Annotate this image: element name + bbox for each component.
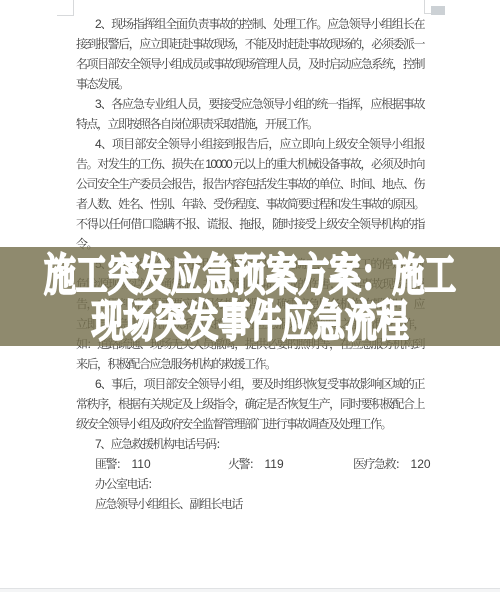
- fire-phone-label: 火警：: [228, 457, 260, 471]
- paragraph-7-heading: 7、应急救援机构电话号码：: [76, 434, 424, 454]
- banner-title-line-2: 现场突发事件应急流程: [92, 299, 409, 345]
- page-corner-mark-top-left: [73, 0, 74, 15]
- fire-phone: 火警：119: [228, 454, 284, 474]
- medical-phone-label: 医疗急救：: [353, 457, 406, 471]
- page-corner-mark-top-left: [57, 15, 74, 16]
- police-phone-label: 匪警：: [95, 457, 127, 471]
- police-phone: 匪警：110: [95, 454, 151, 474]
- page-bottom-edge: [0, 588, 500, 592]
- medical-phone-number: 120: [411, 457, 431, 471]
- paragraph-3: 3、各应急专业组人员，要接受应急领导小组的统一指挥，应根据事故特点，立即按照各自…: [76, 94, 424, 134]
- medical-phone: 医疗急救：120: [353, 454, 431, 474]
- emergency-phone-row: 匪警：110 火警：119 医疗急救：120: [76, 454, 424, 474]
- police-phone-number: 110: [132, 457, 151, 471]
- fire-phone-number: 119: [265, 457, 284, 471]
- paragraph-6: 6、事后，项目部安全领导小组，要及时组织恢复受事故影响区域的正常秩序，根据有关规…: [76, 374, 424, 434]
- paragraph-4: 4、项目部安全领导小组接到报告后，应立即向上级安全领导小组报告。对发生的工伤、损…: [76, 134, 424, 254]
- paragraph-2: 2、现场指挥组全面负责事故的控制、处理工作。应急领导小组组长在接到报警后，应立即…: [76, 14, 424, 94]
- office-phone-line: 办公室电话：: [76, 474, 424, 494]
- banner-title-line-1: 施工突发应急预案方案：施工: [44, 253, 456, 299]
- leader-phone-line: 应急领导小组组长、副组长电话: [76, 494, 424, 514]
- page-corner-mark-top-right: [424, 0, 425, 13]
- page-corner-shade-top-right: [431, 6, 445, 15]
- title-banner-overlay: 施工突发应急预案方案：施工 现场突发事件应急流程: [0, 247, 500, 346]
